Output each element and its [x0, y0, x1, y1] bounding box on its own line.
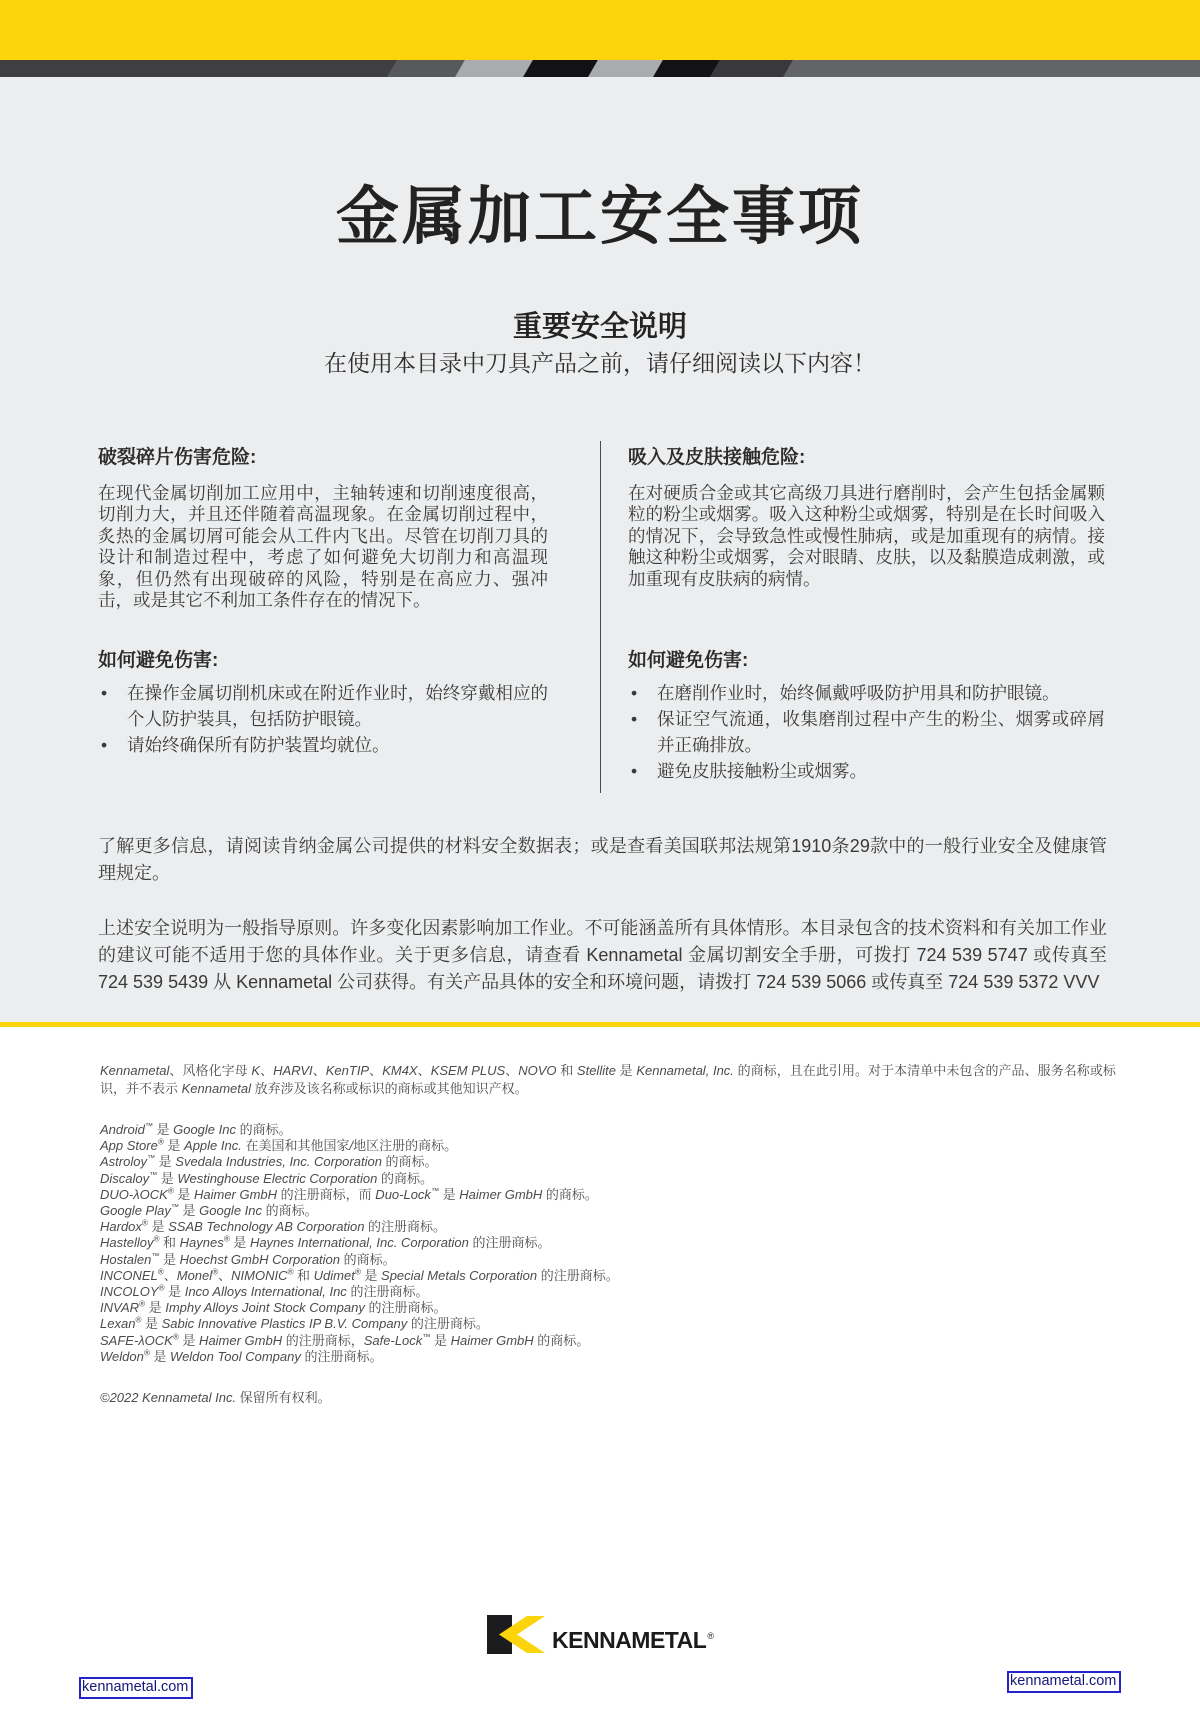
page-title: 金属加工安全事项: [0, 181, 1200, 253]
column-divider: [600, 441, 601, 793]
fragment-hazard-body: 在现代金属切削加工应用中，主轴转速和切削速度很高，切削力大，并且还伴随着高温现象…: [98, 483, 548, 612]
decorative-stripe-band: [0, 60, 1200, 77]
trademark-line: SAFE-λOCK® 是 Haimer GmbH 的注册商标，Safe-Lock…: [100, 1333, 1116, 1349]
footer-link-left[interactable]: kennametal.com: [79, 1677, 193, 1699]
trademark-line: Astroloy™ 是 Svedala Industries, Inc. Cor…: [100, 1154, 1116, 1170]
trademark-line: Lexan® 是 Sabic Innovative Plastics IP B.…: [100, 1316, 1116, 1332]
kennametal-k-icon: [487, 1614, 549, 1655]
trademark-line: INVAR® 是 Imphy Alloys Joint Stock Compan…: [100, 1300, 1116, 1316]
inhalation-avoid-heading: 如何避免伤害:: [628, 650, 1105, 673]
bullet-text: 在磨削作业时，始终佩戴呼吸防护用具和防护眼镜。: [657, 680, 1105, 706]
trademark-line: App Store® 是 Apple Inc. 在美国和其他国家/地区注册的商标…: [100, 1138, 1116, 1154]
trademark-line: Discaloy™ 是 Westinghouse Electric Corpor…: [100, 1171, 1116, 1187]
bullet-dot-icon: •: [98, 680, 127, 732]
hazard-column-fragments: 破裂碎片伤害危险: 在现代金属切削加工应用中，主轴转速和切削速度很高，切削力大，…: [98, 447, 548, 758]
logo-registered-mark: ®: [707, 1631, 714, 1641]
fragment-avoid-heading: 如何避免伤害:: [98, 650, 548, 673]
bullet-item: •在操作金属切削机床或在附近作业时，始终穿戴相应的个人防护装具，包括防护眼镜。: [98, 680, 548, 732]
safety-notice-panel: 金属加工安全事项 重要安全说明 在使用本目录中刀具产品之前，请仔细阅读以下内容！…: [0, 77, 1200, 1022]
trademark-intro: Kennametal、风格化字母 K、HARVI、KenTIP、KM4X、KSE…: [100, 1062, 1116, 1097]
footer-link-right[interactable]: kennametal.com: [1007, 1671, 1121, 1693]
bullet-item: •避免皮肤接触粉尘或烟雾。: [628, 758, 1105, 784]
trademark-section: Kennametal、风格化字母 K、HARVI、KenTIP、KM4X、KSE…: [100, 1062, 1116, 1419]
trademark-lines: Android™ 是 Google Inc 的商标。App Store® 是 A…: [100, 1122, 1116, 1365]
disclaimer-paragraph: 上述安全说明为一般指导原则。许多变化因素影响加工作业。不可能涵盖所有具体情形。本…: [98, 915, 1107, 996]
bullet-text: 避免皮肤接触粉尘或烟雾。: [657, 758, 1105, 784]
inhalation-hazard-body: 在对硬质合金或其它高级刀具进行磨削时，会产生包括金属颗粒的粉尘或烟雾。吸入这种粉…: [628, 483, 1105, 591]
trademark-line: DUO-λOCK® 是 Haimer GmbH 的注册商标，而 Duo-Lock…: [100, 1187, 1116, 1203]
trademark-line: INCOLOY® 是 Inco Alloys International, In…: [100, 1284, 1116, 1300]
yellow-separator: [0, 1022, 1200, 1027]
logo-wordmark: KENNAMETAL: [549, 1629, 706, 1655]
trademark-line: INCONEL®、Monel®、NIMONIC® 和 Udimet® 是 Spe…: [100, 1268, 1116, 1284]
bullet-dot-icon: •: [628, 706, 657, 758]
bullet-item: •保证空气流通，收集磨削过程中产生的粉尘、烟雾或碎屑并正确排放。: [628, 706, 1105, 758]
inhalation-avoid-bullets: •在磨削作业时，始终佩戴呼吸防护用具和防护眼镜。•保证空气流通，收集磨削过程中产…: [628, 680, 1105, 784]
bullet-item: •在磨削作业时，始终佩戴呼吸防护用具和防护眼镜。: [628, 680, 1105, 706]
page-subtitle: 重要安全说明: [0, 304, 1200, 345]
bullet-dot-icon: •: [628, 680, 657, 706]
kennametal-logo: KENNAMETAL ®: [0, 1614, 1200, 1655]
trademark-line: Hardox® 是 SSAB Technology AB Corporation…: [100, 1219, 1116, 1235]
bullet-dot-icon: •: [98, 732, 127, 758]
inhalation-hazard-heading: 吸入及皮肤接触危险:: [628, 447, 1105, 470]
top-yellow-band: [0, 0, 1200, 60]
bullet-item: •请始终确保所有防护装置均就位。: [98, 732, 548, 758]
trademark-line: Weldon® 是 Weldon Tool Company 的注册商标。: [100, 1349, 1116, 1365]
trademark-line: Hostalen™ 是 Hoechst GmbH Corporation 的商标…: [100, 1252, 1116, 1268]
page: 金属加工安全事项 重要安全说明 在使用本目录中刀具产品之前，请仔细阅读以下内容！…: [0, 0, 1200, 1724]
more-info-paragraph: 了解更多信息，请阅读肯纳金属公司提供的材料安全数据表；或是查看美国联邦法规第19…: [98, 833, 1107, 887]
bullet-dot-icon: •: [628, 758, 657, 784]
trademark-line: Android™ 是 Google Inc 的商标。: [100, 1122, 1116, 1138]
trademark-line: Hastelloy® 和 Haynes® 是 Haynes Internatio…: [100, 1235, 1116, 1251]
bullet-text: 保证空气流通，收集磨削过程中产生的粉尘、烟雾或碎屑并正确排放。: [657, 706, 1105, 758]
fragment-avoid-bullets: •在操作金属切削机床或在附近作业时，始终穿戴相应的个人防护装具，包括防护眼镜。•…: [98, 680, 548, 758]
trademark-line: Google Play™ 是 Google Inc 的商标。: [100, 1203, 1116, 1219]
bullet-text: 在操作金属切削机床或在附近作业时，始终穿戴相应的个人防护装具，包括防护眼镜。: [127, 680, 548, 732]
hazard-column-inhalation: 吸入及皮肤接触危险: 在对硬质合金或其它高级刀具进行磨削时，会产生包括金属颗粒的…: [628, 447, 1105, 784]
fragment-hazard-heading: 破裂碎片伤害危险:: [98, 447, 548, 470]
bullet-text: 请始终确保所有防护装置均就位。: [127, 732, 548, 758]
hazard-columns: 破裂碎片伤害危险: 在现代金属切削加工应用中，主轴转速和切削速度很高，切削力大，…: [98, 447, 1105, 793]
copyright-line: ©2022 Kennametal Inc. 保留所有权利。: [100, 1387, 1116, 1406]
intro-line: 在使用本目录中刀具产品之前，请仔细阅读以下内容！: [0, 345, 1200, 378]
